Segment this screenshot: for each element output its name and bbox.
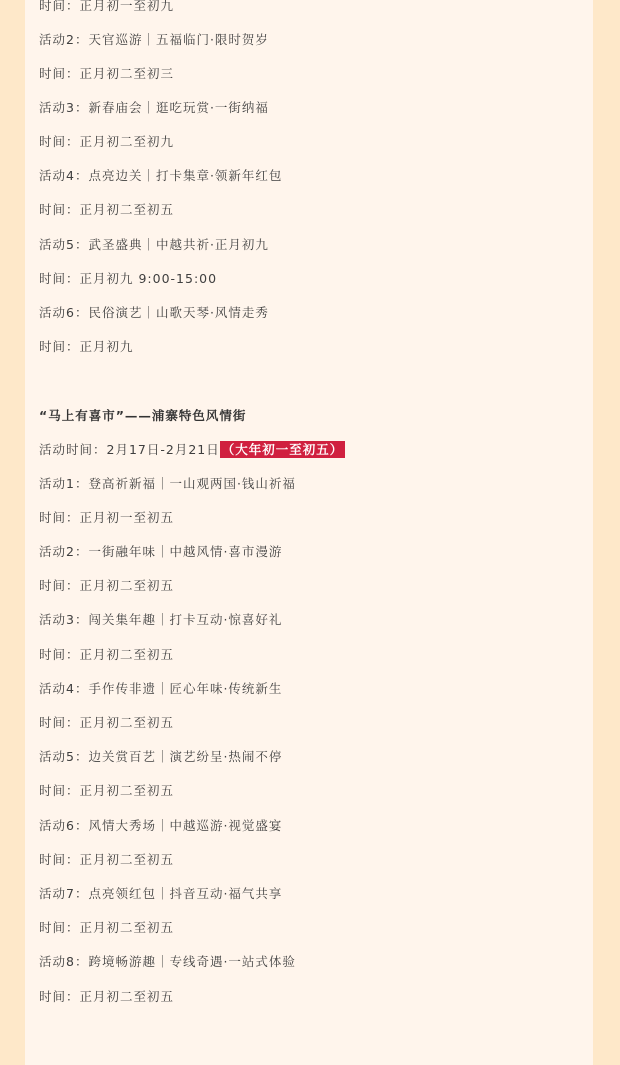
- section-title: “马上有喜市”——浦寨特色风情街: [39, 407, 246, 425]
- activity-line: 活动3：闯关集年趣｜打卡互动·惊喜好礼: [39, 611, 282, 629]
- activity-line: 活动1：登高祈新福｜一山观两国·钱山祈福: [39, 475, 296, 493]
- article-card: 时间：正月初一至初九 活动2：天官巡游｜五福临门·限时贺岁 时间：正月初二至初三…: [25, 0, 593, 1065]
- time-line: 时间：正月初二至初五: [39, 646, 174, 664]
- activity-line: 活动5：武圣盛典｜中越共祈·正月初九: [39, 236, 269, 254]
- activity-line: 活动5：边关赏百艺｜演艺纷呈·热闹不停: [39, 748, 282, 766]
- event-time-highlight: （大年初一至初五）: [220, 441, 346, 458]
- time-line: 时间：正月初九 9:00-15:00: [39, 270, 217, 288]
- activity-line: 活动2：天官巡游｜五福临门·限时贺岁: [39, 31, 269, 49]
- time-line: 时间：正月初二至初五: [39, 201, 174, 219]
- activity-line: 活动4：手作传非遗｜匠心年味·传统新生: [39, 680, 282, 698]
- event-time-line: 活动时间：2月17日-2月21日（大年初一至初五）: [39, 441, 345, 459]
- activity-line: 活动4：点亮边关｜打卡集章·领新年红包: [39, 167, 282, 185]
- time-line: 时间：正月初二至初五: [39, 988, 174, 1006]
- activity-line: 活动6：民俗演艺｜山歌天琴·风情走秀: [39, 304, 269, 322]
- time-line: 时间：正月初二至初三: [39, 65, 174, 83]
- time-line: 时间：正月初二至初五: [39, 714, 174, 732]
- activity-line: 活动8：跨境畅游趣｜专线奇遇·一站式体验: [39, 953, 296, 971]
- activity-line: 活动6：风情大秀场｜中越巡游·视觉盛宴: [39, 817, 282, 835]
- time-line: 时间：正月初二至初五: [39, 782, 174, 800]
- time-line: 时间：正月初二至初五: [39, 851, 174, 869]
- activity-line: 活动2：一街融年味｜中越风情·喜市漫游: [39, 543, 282, 561]
- time-line: 时间：正月初九: [39, 338, 134, 356]
- time-line: 时间：正月初二至初九: [39, 133, 174, 151]
- activity-line: 活动7：点亮领红包｜抖音互动·福气共享: [39, 885, 282, 903]
- event-time-label: 活动时间：2月17日-2月21日: [39, 442, 220, 457]
- time-line: 时间：正月初二至初五: [39, 919, 174, 937]
- time-line: 时间：正月初二至初五: [39, 577, 174, 595]
- time-line: 时间：正月初一至初五: [39, 509, 174, 527]
- time-line: 时间：正月初一至初九: [39, 0, 174, 15]
- activity-line: 活动3：新春庙会｜逛吃玩赏·一街纳福: [39, 99, 269, 117]
